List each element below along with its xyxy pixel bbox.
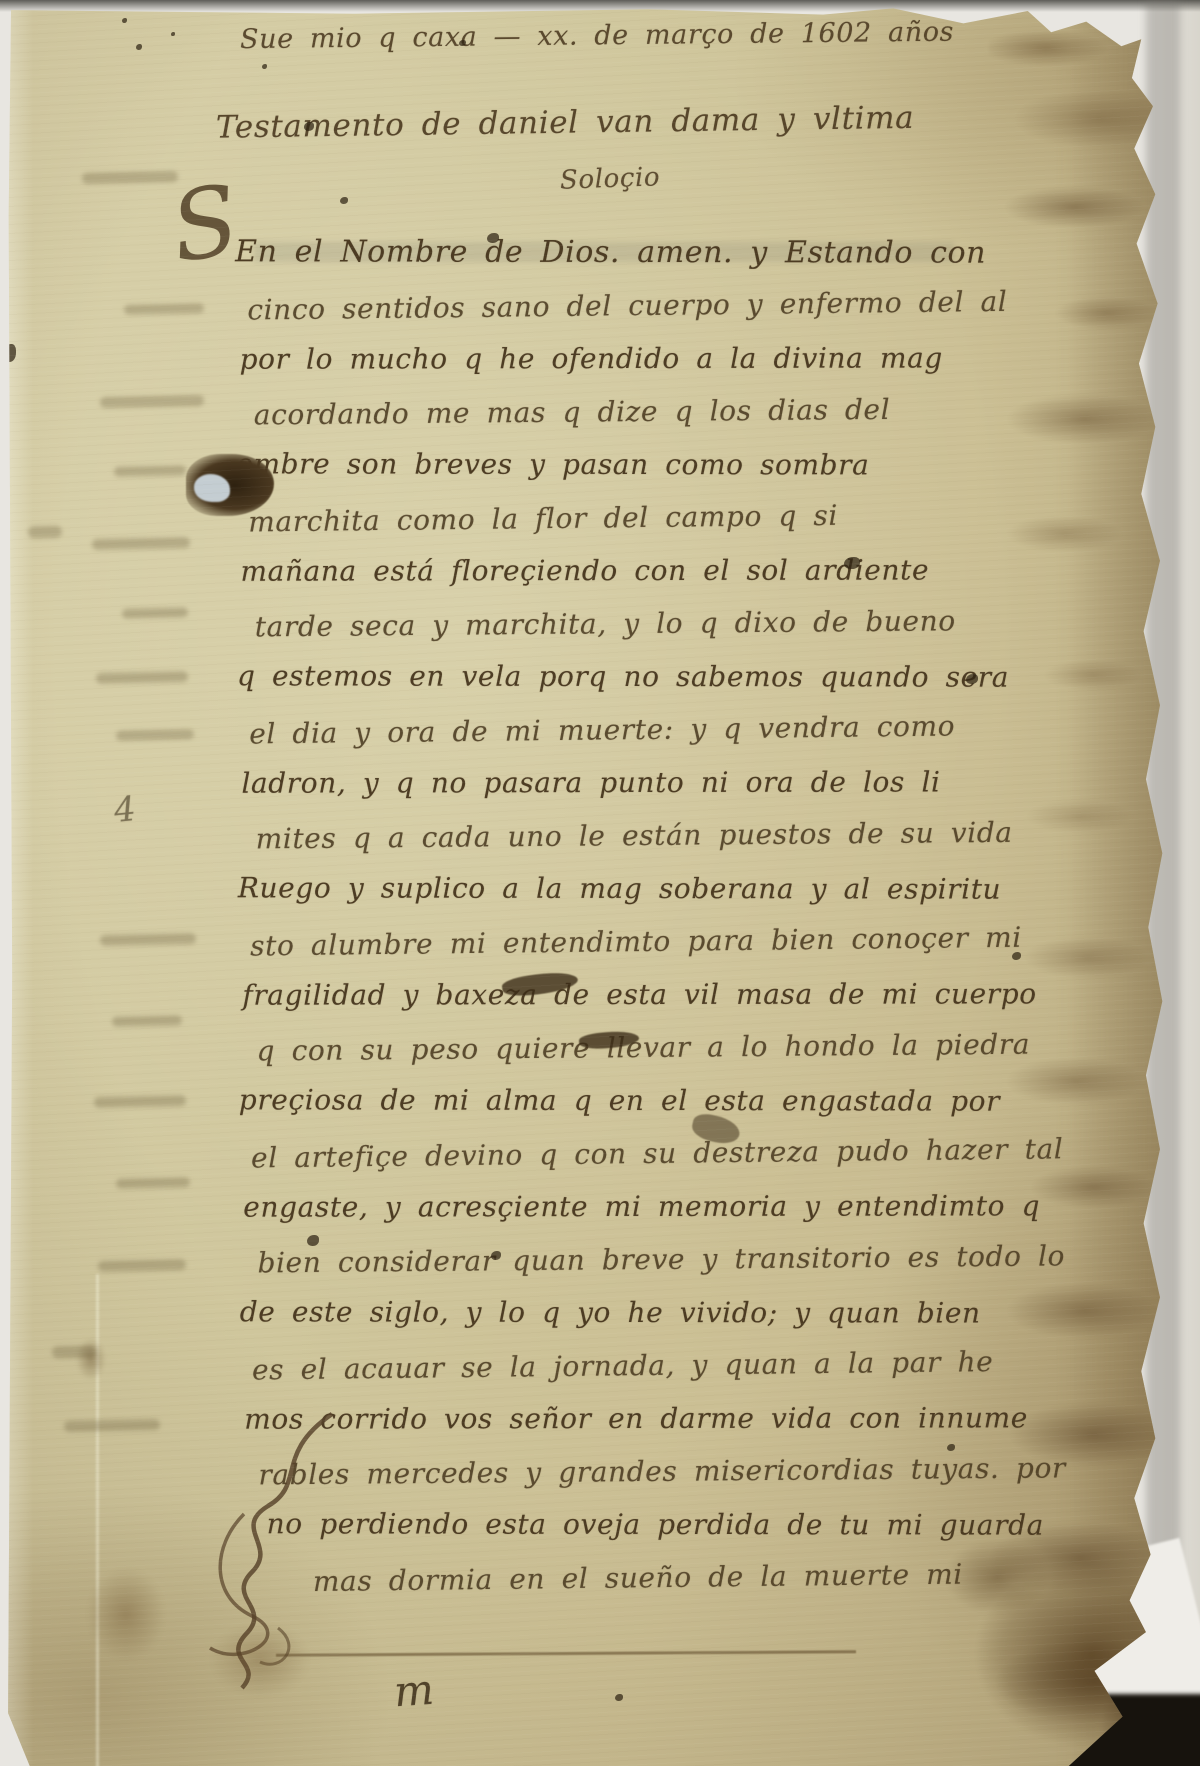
stain-bottom-left [62,1544,190,1684]
ink-blot [501,969,579,999]
ink-speck [4,344,16,362]
show-through-mark [82,171,178,184]
margin-number: 4 [112,789,138,831]
ink-speck [262,64,267,69]
paper-hole [186,454,274,516]
show-through-mark [112,1015,182,1026]
scratch-line [276,1650,856,1657]
body-line: tarde seca y marchita, y lo q dixo de bu… [255,594,1045,654]
show-through-mark [100,933,196,946]
ink-speck [304,122,314,131]
body-line: En el Nombre de Dios. amen. y Estando co… [235,225,1043,279]
ink-speck [615,1694,623,1701]
ink-speck [122,18,127,23]
body-line: Ruego y suplico a la mag soberana y al e… [238,861,1046,915]
decorative-initial: S [165,171,245,276]
body-line: por lo mucho q he ofendido a la divina m… [240,331,1044,385]
body-line: de este siglo, y lo q yo he vivido; y qu… [240,1285,1048,1339]
show-through-mark [124,303,204,315]
body-line: ombre son breves y pasan como sombra [236,437,1044,491]
show-through-mark [98,1259,186,1272]
show-through-mark [52,1346,96,1359]
body-line: mañana está floreçiendo con el sol ardie… [240,543,1044,597]
body-line: rables mercedes y grandes misericordias … [258,1442,1048,1502]
body-line: mos corrido vos señor en darme vida con … [244,1391,1048,1445]
scanned-manuscript: Sue mio q caxa — xx. de março de 1602 añ… [0,0,1200,1766]
ink-speck [1012,952,1021,960]
show-through-mark [28,526,62,539]
show-through-mark [100,395,204,408]
body-line: ladron, y q no pasara punto ni ora de lo… [241,755,1045,809]
ink-speck [966,674,978,684]
body-line: cinco sentidos sano del cuerpo y enfermo… [247,274,1044,336]
body-line: q estemos en vela porq no sabemos quando… [237,649,1045,703]
ink-speck [136,44,142,50]
ink-speck [340,197,348,204]
body-line: es el acauar se la jornada, y quan a la … [252,1334,1049,1396]
show-through-mark [114,465,186,477]
show-through-mark [122,607,188,618]
body-line: acordando me mas q dize q los dias del [254,382,1044,442]
ink-speck [171,32,175,36]
manuscript-page: Sue mio q caxa — xx. de março de 1602 añ… [4,4,1174,1766]
show-through-mark [64,1419,160,1432]
rubric-flourish [182,1396,412,1696]
ink-speck [947,1444,955,1451]
faded-smear [254,242,954,262]
show-through-mark [94,1095,186,1108]
ink-speck [307,1235,319,1246]
show-through-mark [92,537,190,550]
body-line: el dia y ora de mi muerte: y q vendra co… [249,698,1046,760]
body-line: fragilidad y baxeza de esta vil masa de … [242,967,1046,1021]
ink-speck [491,1251,501,1260]
body-line: preçiosa de mi alma q en el esta engasta… [239,1073,1047,1127]
page-title: Testamento de daniel van dama y vltima [216,98,1016,145]
body-line: engaste, y acresçiente mi memoria y ente… [243,1179,1047,1233]
ink-speck [844,557,860,569]
paper-fold [96,1274,99,1766]
date-line: Sue mio q caxa — xx. de março de 1602 añ… [240,16,1020,55]
body-line: sto alumbre mi entendimto para bien cono… [250,910,1047,972]
body-line: no perdiendo esta oveja perdida de tu mi… [267,1497,1049,1551]
body-line: marchita como la flor del campo q si [248,486,1045,548]
ink-speck [459,40,466,46]
body-line: bien considerar quan breve y transitorio… [257,1230,1047,1290]
body-line: mites q a cada uno le están puestos de s… [255,806,1045,866]
subtitle: Soloçio [560,162,661,195]
show-through-mark [116,1177,190,1189]
stain-left [68,1326,114,1392]
body-line: el artefiçe devino q con su destreza pud… [251,1122,1048,1184]
footer-mark: m [392,1665,436,1717]
ink-blot [578,1029,639,1050]
body-text: En el Nombre de Dios. amen. y Estando co… [233,224,1049,1606]
body-line: mas dormia en el sueño de la muerte mi [313,1547,1050,1608]
show-through-mark [96,671,188,684]
body-line: q con su peso quiere llevar a lo hondo l… [256,1018,1046,1078]
ink-blot [690,1111,742,1146]
stain-bottom-left [180,1596,340,1724]
show-through-mark [116,729,194,741]
ink-speck [487,233,499,243]
